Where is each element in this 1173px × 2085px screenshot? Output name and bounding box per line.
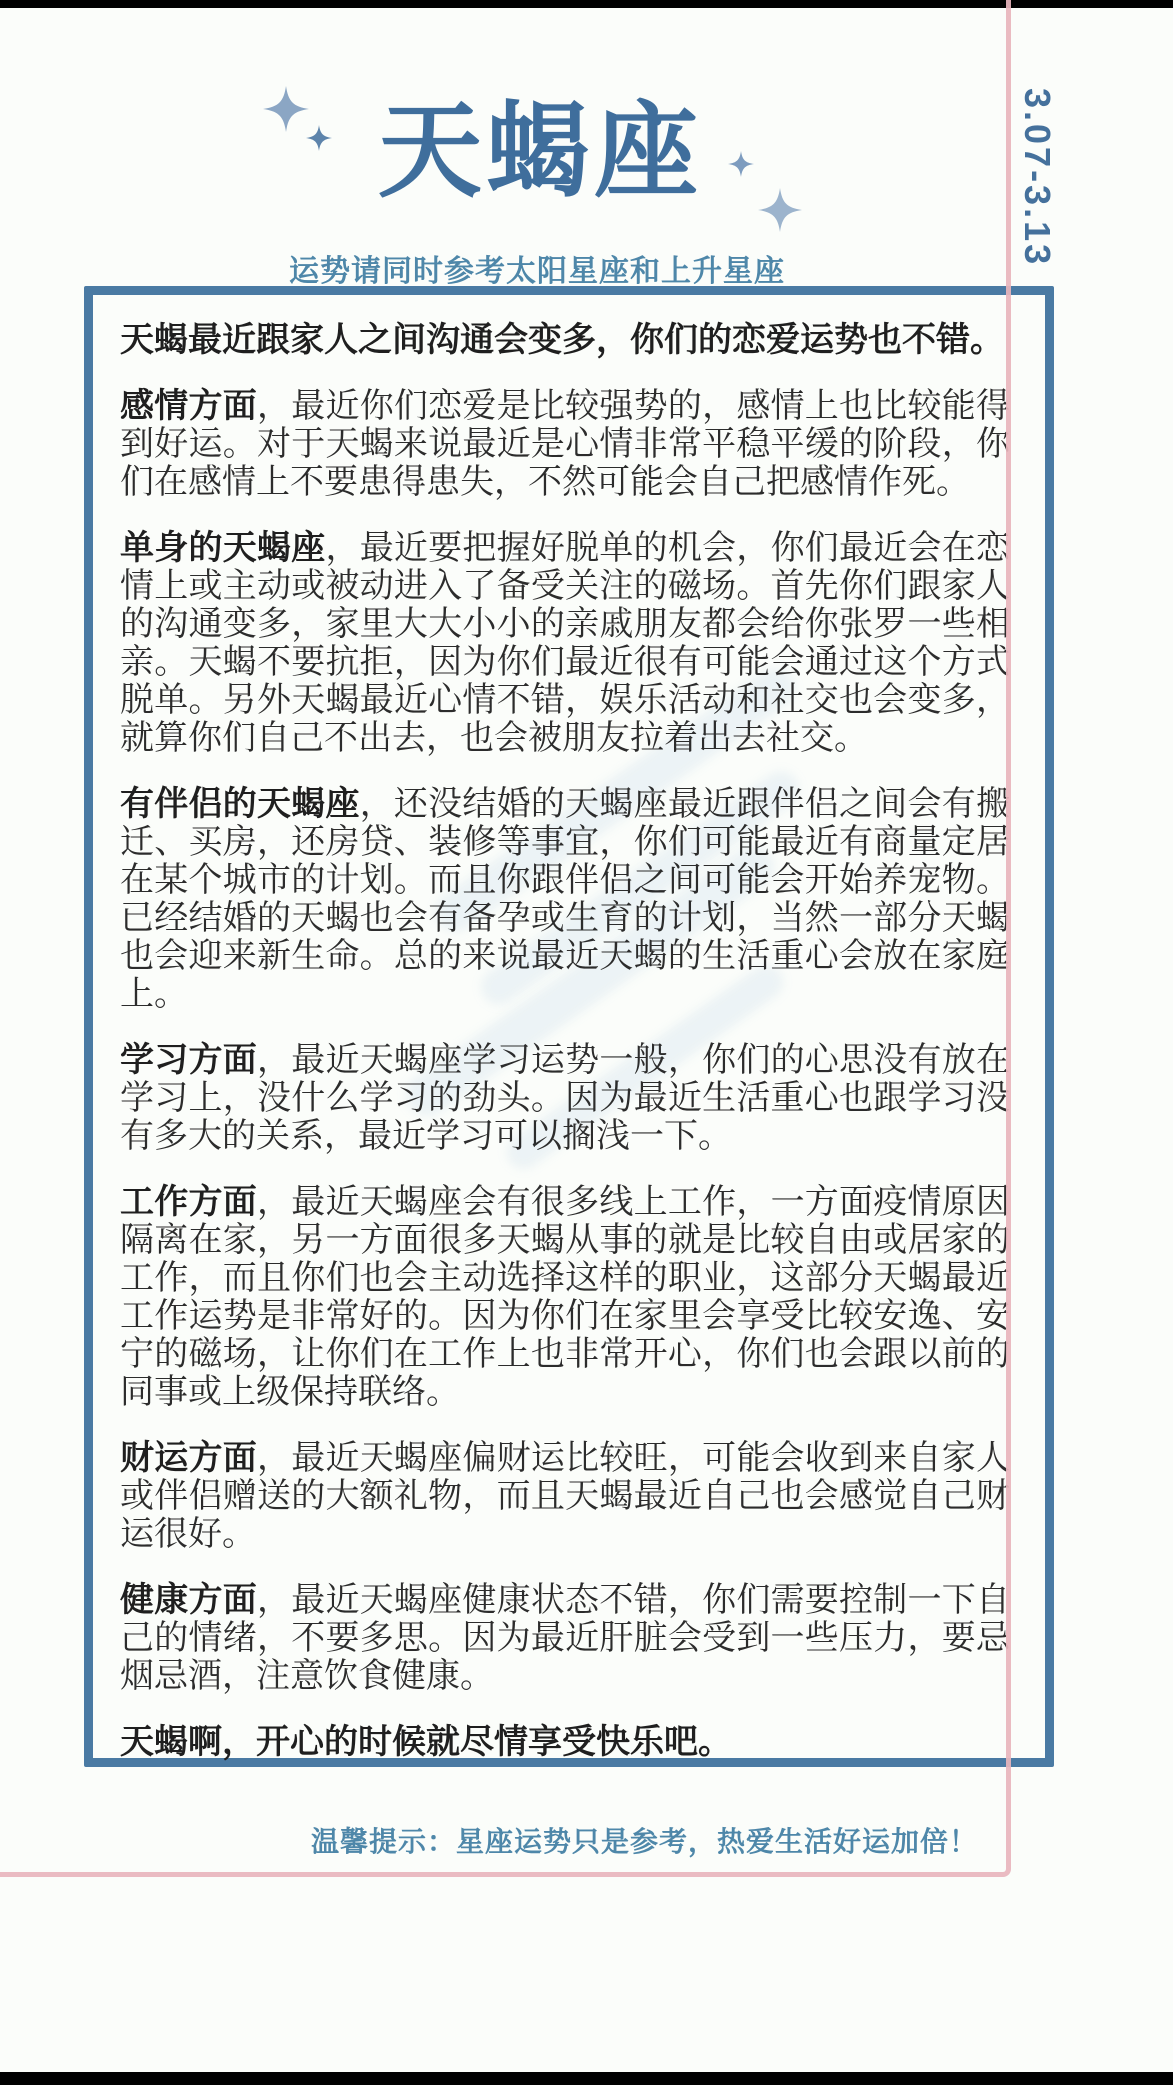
horoscope-content-box: 天蝎最近跟家人之间沟通会变多，你们的恋爱运势也不错。 感情方面，最近你们恋爱是比… [84,286,1054,1767]
paragraph-partnered: 有伴侣的天蝎座，还没结婚的天蝎座最近跟伴侣之间会有搬迁、买房，还房贷、装修等事宜… [120,785,1010,1013]
paragraph-lead: 有伴侣的天蝎座 [120,785,360,823]
sparkle-icon [263,84,309,134]
sparkle-icon [758,186,802,234]
forecast-subtitle: 运势请同时参考太阳星座和上升星座 [0,246,1074,290]
horoscope-poster: 天蝎座 3.07-3.13 运势请同时参考太阳星座和上升星座 天蝎最近跟家人之间… [0,0,1173,2085]
paragraph-study: 学习方面，最近天蝎座学习运势一般，你们的心思没有放在学习上，没什么学习的劲头。因… [120,1041,1010,1155]
paragraph-headline: 天蝎最近跟家人之间沟通会变多，你们的恋爱运势也不错。 [120,321,1010,359]
paragraph-single: 单身的天蝎座，最近要把握好脱单的机会，你们最近会在恋情上或主动或被动进入了备受关… [120,529,1010,757]
date-range-label: 3.07-3.13 [1016,88,1058,267]
top-letterbox-bar [0,0,1173,8]
bottom-letterbox-bar [0,2072,1173,2085]
paragraph-lead: 天蝎最近跟家人之间沟通会变多，你们的恋爱运势也不错。 [120,321,1004,359]
paragraph-health: 健康方面，最近天蝎座健康状态不错，你们需要控制一下自己的情绪，不要多思。因为最近… [120,1581,1010,1695]
paragraph-lead: 学习方面 [120,1041,257,1079]
paragraph-work: 工作方面，最近天蝎座会有很多线上工作，一方面疫情原因隔离在家，另一方面很多天蝎从… [120,1183,1010,1411]
sparkle-icon [728,150,754,178]
paragraph-lead: 工作方面 [120,1183,257,1221]
sparkle-icon [306,124,332,152]
paragraph-love: 感情方面，最近你们恋爱是比较强势的，感情上也比较能得到好运。对于天蝎来说最近是心… [120,387,1010,501]
paragraph-lead: 天蝎啊，开心的时候就尽情享受快乐吧。 [120,1723,732,1761]
paragraph-lead: 健康方面 [120,1581,257,1619]
paragraph-lead: 感情方面 [120,387,257,425]
paragraph-lead: 财运方面 [120,1439,257,1477]
paragraph-wealth: 财运方面，最近天蝎座偏财运比较旺，可能会收到来自家人或伴侣赠送的大额礼物，而且天… [120,1439,1010,1553]
footer-tip: 温馨提示：星座运势只是参考，热爱生活好运加倍！ [0,1820,1006,1860]
paragraph-closing: 天蝎啊，开心的时候就尽情享受快乐吧。 [120,1723,1010,1761]
zodiac-title: 天蝎座 [0,72,1080,232]
paragraph-lead: 单身的天蝎座 [120,529,325,567]
